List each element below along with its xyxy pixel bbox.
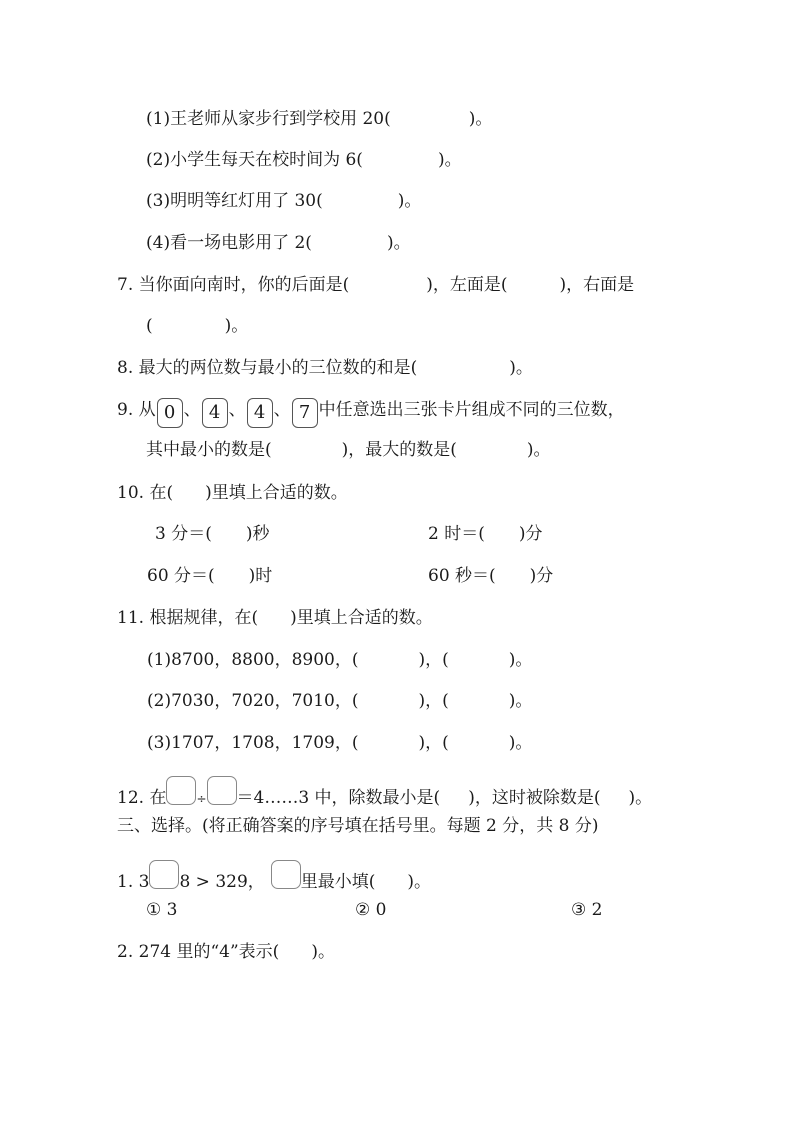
q9-line-1: 9. 从0、4、4、7中任意选出三张卡片组成不同的三位数， <box>117 398 625 428</box>
q7-line-1: 7. 当你面向南时，你的后面是()，左面是()，右面是 <box>117 273 634 297</box>
q10-item-4: 60 秒＝()分 <box>428 564 553 588</box>
q11-item-3: (3)1707，1708，1709，()，()。 <box>147 731 532 755</box>
q11-item-2: (2)7030，7020，7010，()，()。 <box>147 689 532 713</box>
empty-box <box>166 776 196 805</box>
q7-line-2: ()。 <box>146 314 248 338</box>
q10-title: 10. 在()里填上合适的数。 <box>117 481 348 505</box>
section-3-heading: 三、选择。(将正确答案的序号填在括号里。每题 2 分，共 8 分) <box>117 814 599 838</box>
empty-box <box>149 860 179 889</box>
q9-line-2: 其中最小的数是()，最大的数是()。 <box>146 438 551 462</box>
number-card: 4 <box>247 398 273 428</box>
q8: 8. 最大的两位数与最小的三位数的和是()。 <box>117 356 533 380</box>
number-card: 4 <box>202 398 228 428</box>
choice-1-option-2[interactable]: ② 0 <box>355 898 386 922</box>
q12: 12. 在÷＝4……3 中，除数最小是()，这时被除数是()。 <box>117 776 652 811</box>
q10-item-2: 2 时＝()分 <box>428 522 543 546</box>
number-card: 0 <box>157 398 183 428</box>
empty-box <box>271 860 301 889</box>
choice-1-option-1[interactable]: ① 3 <box>146 898 177 922</box>
choice-2: 2. 274 里的“4”表示()。 <box>117 940 335 964</box>
q10-item-3: 60 分＝()时 <box>147 564 272 588</box>
q6-item-3: (3)明明等红灯用了 30()。 <box>146 189 421 213</box>
number-card: 7 <box>292 398 318 428</box>
q10-item-1: 3 分＝()秒 <box>155 522 270 546</box>
choice-1: 1. 38 > 329，里最小填()。 <box>117 860 431 894</box>
q6-item-1: (1)王老师从家步行到学校用 20()。 <box>146 107 492 131</box>
q11-item-1: (1)8700，8800，8900，()，()。 <box>147 648 532 672</box>
q6-item-4: (4)看一场电影用了 2()。 <box>146 231 411 255</box>
choice-1-option-3[interactable]: ③ 2 <box>571 898 602 922</box>
empty-box <box>207 776 237 805</box>
q11-title: 11. 根据规律，在()里填上合适的数。 <box>117 606 433 630</box>
q6-item-2: (2)小学生每天在校时间为 6()。 <box>146 148 462 172</box>
